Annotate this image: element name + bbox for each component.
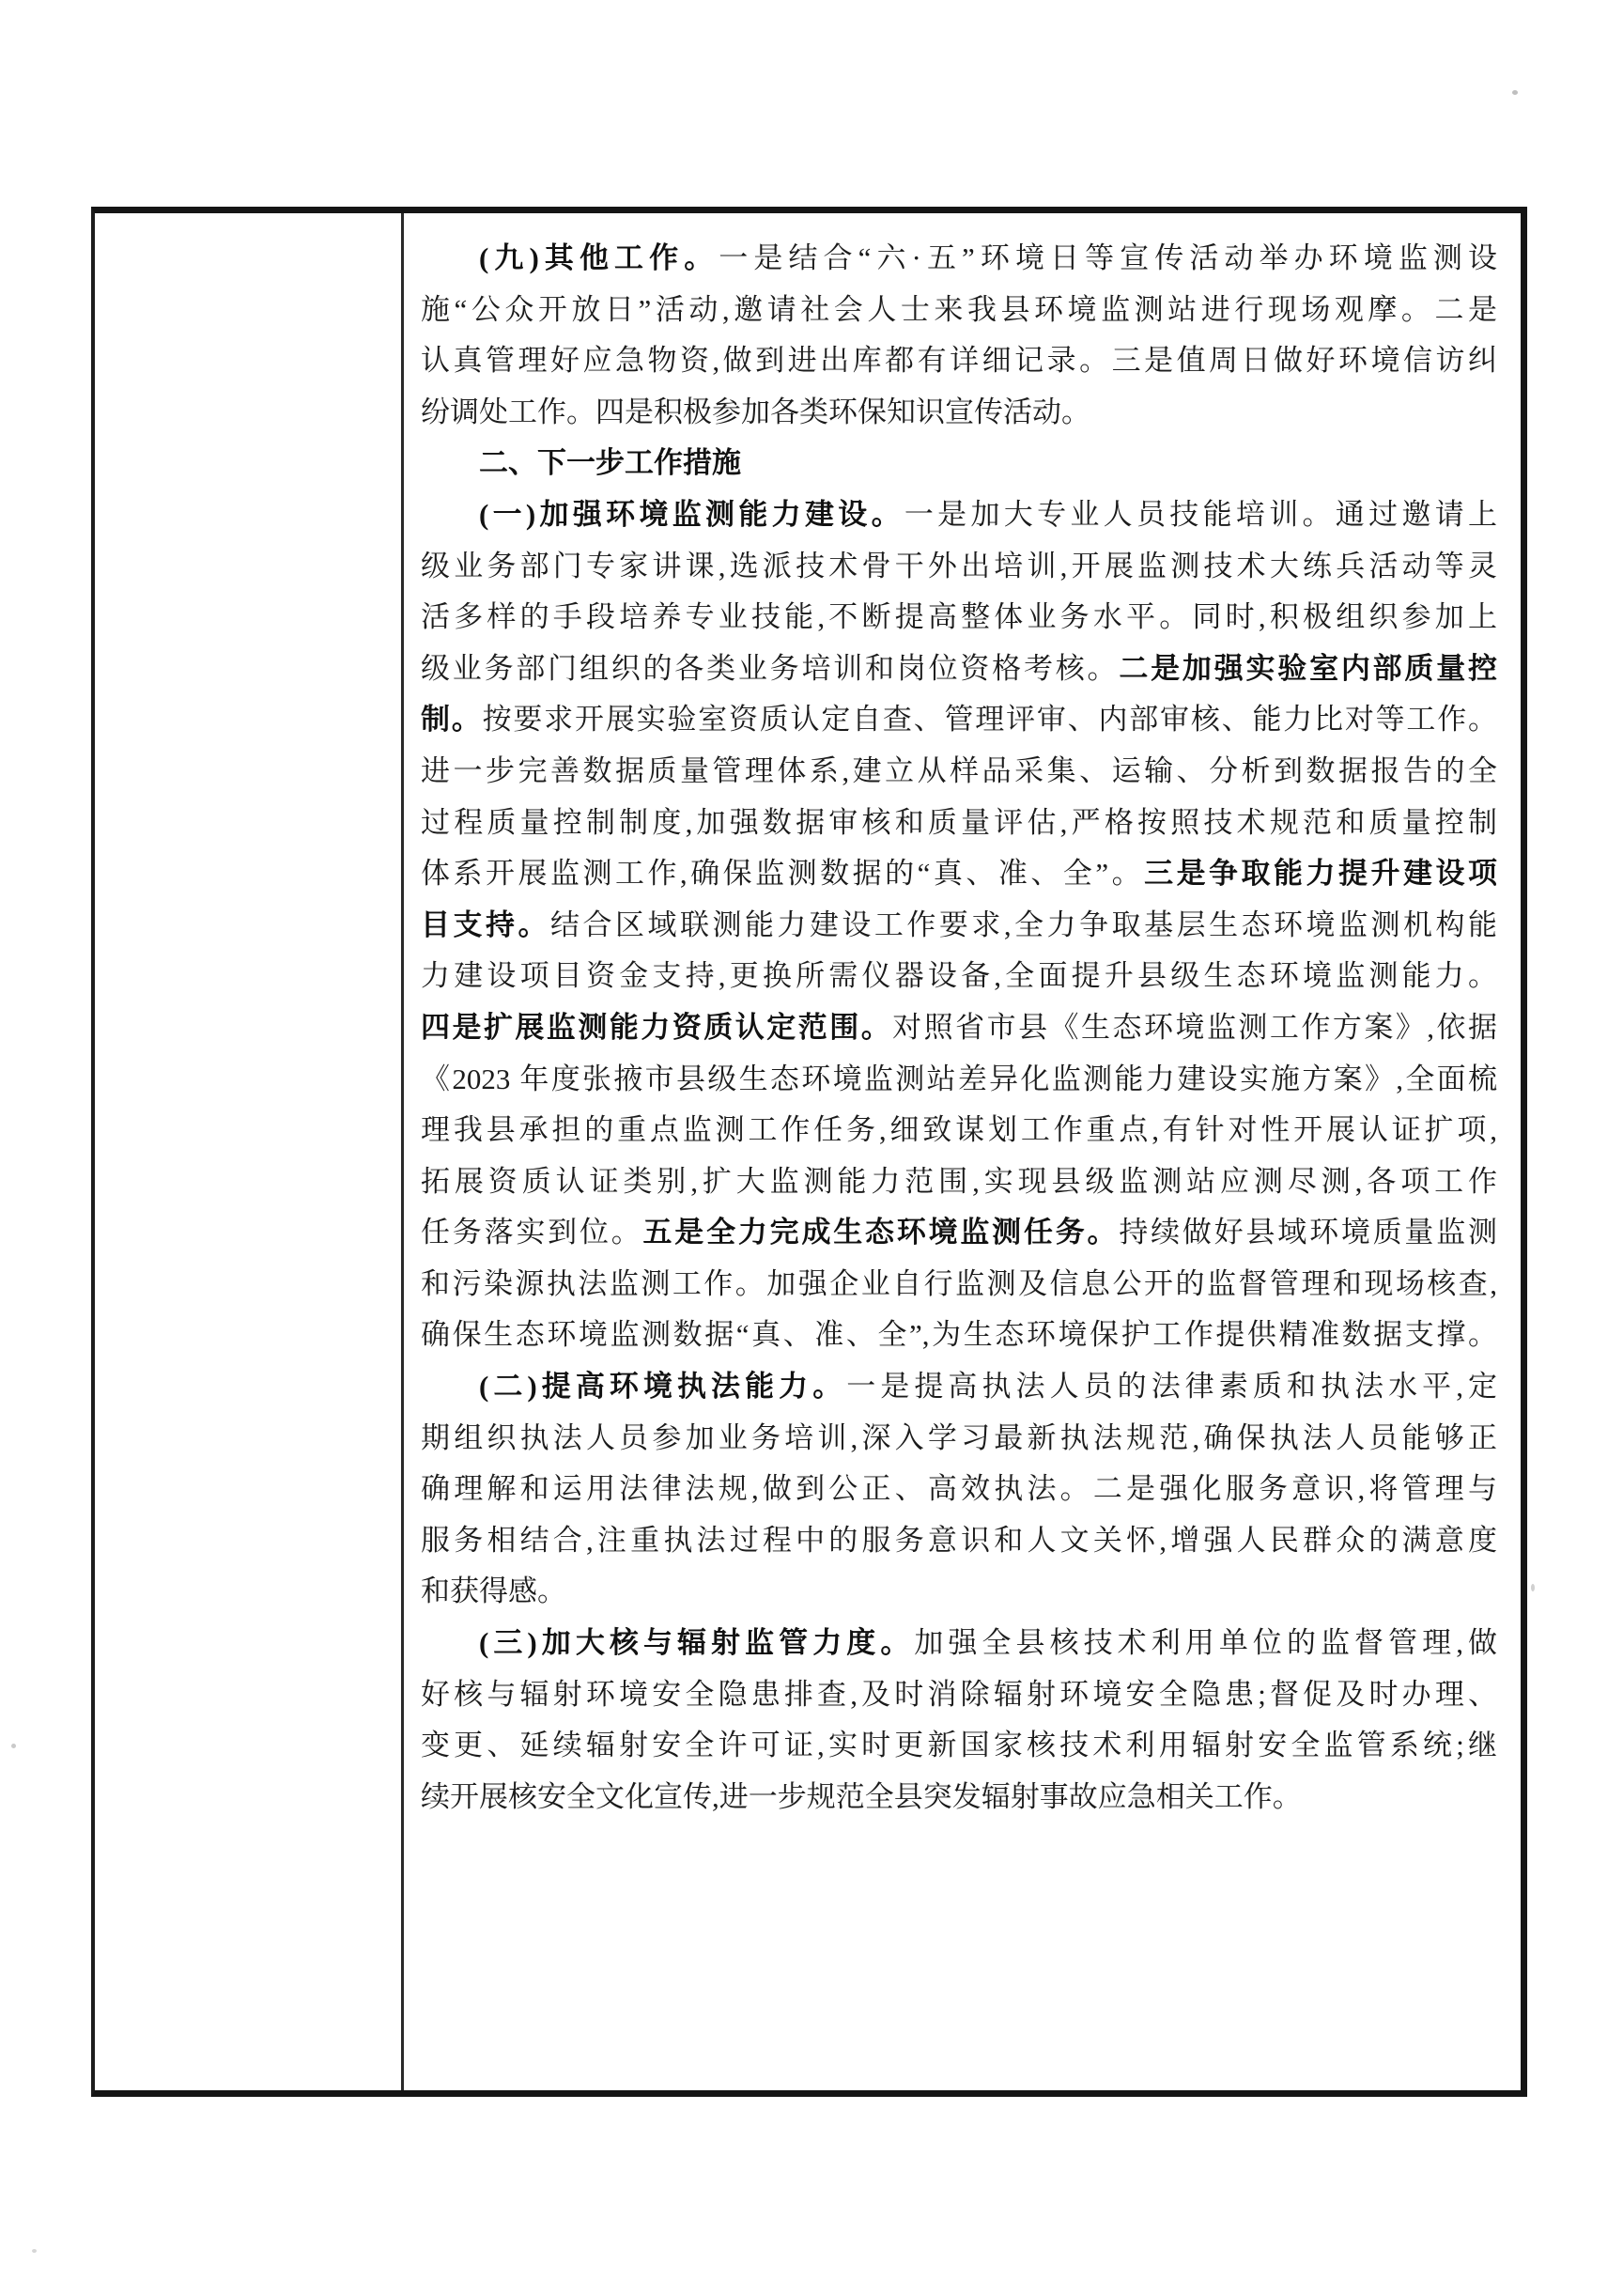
text-line: 级业务部门组织的各类业务培训和岗位资格考核。二是加强实验室内部质量控 (421, 644, 1497, 695)
report-table: (九)其他工作。一是结合“六·五”环境日等宣传活动举办环境监测设施“公众开放日”… (91, 207, 1527, 2097)
text-line: 体系开展监测工作,确保监测数据的“真、准、全”。三是争取能力提升建设项 (421, 848, 1497, 900)
text-line: 任务落实到位。五是全力完成生态环境监测任务。持续做好县域环境质量监测 (421, 1207, 1497, 1259)
table-left-cell-empty (95, 213, 401, 2090)
text-line: 活多样的手段培养专业技能,不断提高整体业务水平。同时,积极组织参加上 (421, 592, 1497, 644)
scanned-document-page: (九)其他工作。一是结合“六·五”环境日等宣传活动举办环境监测设施“公众开放日”… (0, 0, 1623, 2296)
text-line: 好核与辐射环境安全隐患排查,及时消除辐射环境安全隐患;督促及时办理、 (421, 1669, 1497, 1721)
text-line: 二、下一步工作措施 (421, 438, 1497, 489)
text-line: 理我县承担的重点监测工作任务,细致谋划工作重点,有针对性开展认证扩项, (421, 1105, 1497, 1156)
text-line: 级业务部门专家讲课,选派技术骨干外出培训,开展监测技术大练兵活动等灵 (421, 541, 1497, 593)
text-line: (二)提高环境执法能力。一是提高执法人员的法律素质和执法水平,定 (421, 1361, 1497, 1413)
text-line: 确理解和运用法律法规,做到公正、高效执法。二是强化服务意识,将管理与 (421, 1464, 1497, 1515)
scan-speck (1531, 1584, 1535, 1591)
text-line: (三)加大核与辐射监管力度。加强全县核技术利用单位的监督管理,做 (421, 1618, 1497, 1669)
text-line: 认真管理好应急物资,做到进出库都有详细记录。三是值周日做好环境信访纠 (421, 335, 1497, 387)
table-right-cell: (九)其他工作。一是结合“六·五”环境日等宣传活动举办环境监测设施“公众开放日”… (404, 213, 1521, 2090)
report-text-block: (九)其他工作。一是结合“六·五”环境日等宣传活动举办环境监测设施“公众开放日”… (421, 233, 1497, 1823)
text-line: 力建设项目资金支持,更换所需仪器设备,全面提升县级生态环境监测能力。 (421, 951, 1497, 1002)
text-line: 拓展资质认证类别,扩大监测能力范围,实现县级监测站应测尽测,各项工作 (421, 1156, 1497, 1208)
text-line: 制。按要求开展实验室资质认定自查、管理评审、内部审核、能力比对等工作。 (421, 694, 1497, 746)
scan-speck (11, 1744, 16, 1748)
text-line: 变更、延续辐射安全许可证,实时更新国家核技术利用辐射安全监管系统;继 (421, 1720, 1497, 1772)
text-line: 施“公众开放日”活动,邀请社会人士来我县环境监测站进行现场观摩。二是 (421, 285, 1497, 336)
text-line: 纷调处工作。四是积极参加各类环保知识宣传活动。 (421, 387, 1497, 439)
text-line: 四是扩展监测能力资质认定范围。对照省市县《生态环境监测工作方案》,依据 (421, 1002, 1497, 1054)
text-line: 进一步完善数据质量管理体系,建立从样品采集、运输、分析到数据报告的全 (421, 746, 1497, 798)
text-line: (九)其他工作。一是结合“六·五”环境日等宣传活动举办环境监测设 (421, 233, 1497, 285)
scan-speck (32, 2249, 37, 2253)
text-line: 和获得感。 (421, 1566, 1497, 1618)
text-line: (一)加强环境监测能力建设。一是加大专业人员技能培训。通过邀请上 (421, 489, 1497, 541)
text-line: 期组织执法人员参加业务培训,深入学习最新执法规范,确保执法人员能够正 (421, 1413, 1497, 1465)
text-line: 服务相结合,注重执法过程中的服务意识和人文关怀,增强人民群众的满意度 (421, 1515, 1497, 1567)
text-line: 目支持。结合区域联测能力建设工作要求,全力争取基层生态环境监测机构能 (421, 900, 1497, 952)
text-line: 过程质量控制制度,加强数据审核和质量评估,严格按照技术规范和质量控制 (421, 798, 1497, 849)
scan-speck (1512, 90, 1518, 95)
text-line: 续开展核安全文化宣传,进一步规范全县突发辐射事故应急相关工作。 (421, 1772, 1497, 1823)
text-line: 确保生态环境监测数据“真、准、全”,为生态环境保护工作提供精准数据支撑。 (421, 1310, 1497, 1361)
text-line: 《2023 年度张掖市县级生态环境监测站差异化监测能力建设实施方案》,全面梳 (421, 1054, 1497, 1106)
text-line: 和污染源执法监测工作。加强企业自行监测及信息公开的监督管理和现场核查, (421, 1259, 1497, 1311)
